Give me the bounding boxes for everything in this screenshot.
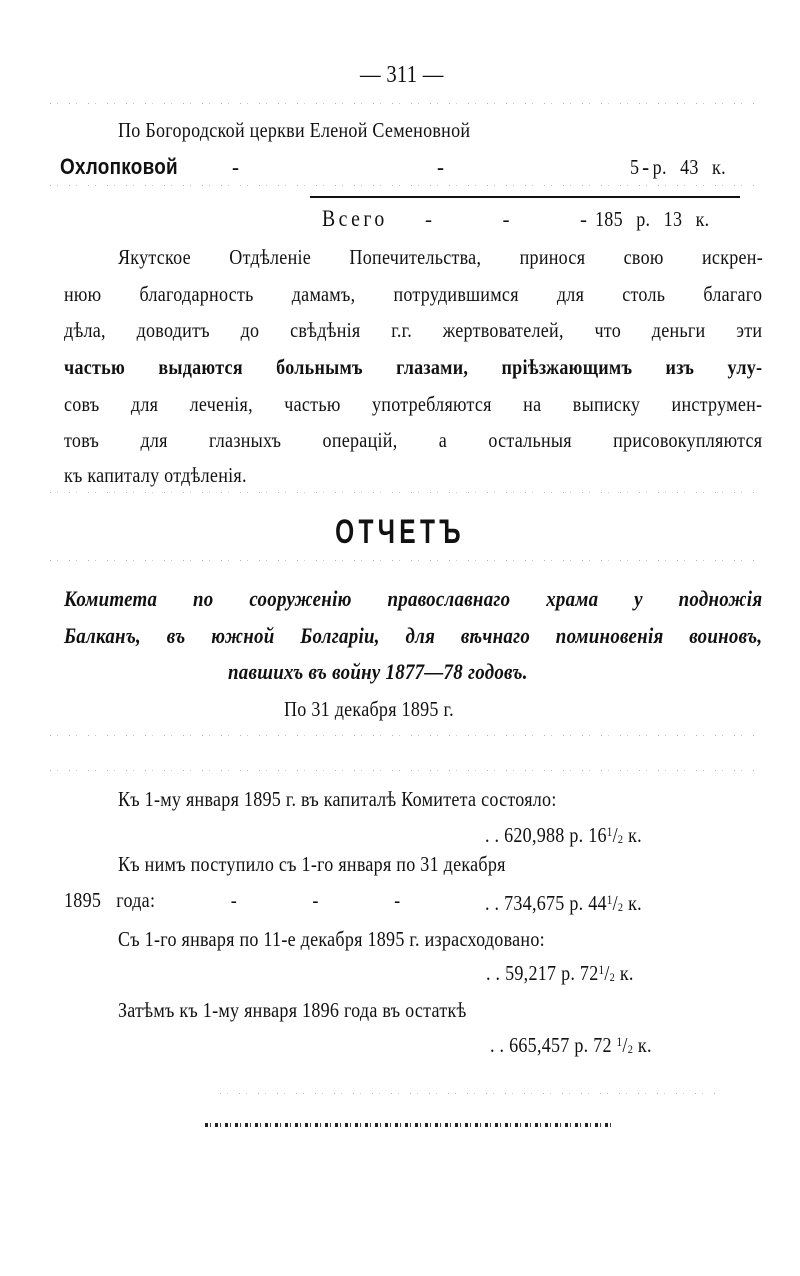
report-entry-text: Затѣмъ къ 1-му января 1896 года въ остат…: [118, 998, 467, 1022]
document-page: — 311 — По Богородской церкви Еленой Сем…: [0, 0, 800, 1276]
paragraph-line: Якутское Отдѣленіе Попечительства, прино…: [118, 245, 763, 269]
report-entry-text: Къ 1-му января 1895 г. въ капиталѣ Комит…: [118, 787, 557, 811]
sum-rule: [310, 196, 740, 198]
scan-noise: [50, 770, 760, 771]
report-entry-text: Съ 1-го января по 11-е декабря 1895 г. и…: [118, 927, 545, 951]
report-entry-text: Къ нимъ поступило съ 1-го января по 31 д…: [118, 852, 506, 876]
unit: к.: [638, 1033, 652, 1057]
paragraph-line: нюю благодарность дамамъ, потрудившимся …: [64, 282, 762, 306]
report-subtitle-line: Балканъ, въ южной Болгаріи, для вѣчнаго …: [64, 624, 762, 648]
fraction-numerator: 1: [607, 892, 613, 907]
scan-noise: [50, 735, 760, 736]
unit: к.: [620, 961, 634, 985]
report-subtitle-line: Комитета по сооруженію православнаго хра…: [64, 587, 762, 611]
fraction-denominator: 2: [610, 970, 615, 984]
report-entry-amount: . . 734,675 р. 441/2 к.: [485, 888, 642, 919]
scan-noise: [50, 492, 760, 493]
paragraph-line: товъ для глазныхъ операцій, а остальныя …: [64, 428, 762, 452]
report-date: По 31 декабря 1895 г.: [284, 697, 454, 721]
page-number: — 311 —: [360, 63, 444, 87]
scan-noise: [50, 185, 760, 186]
paragraph-line: дѣла, доводитъ до свѣдѣнія г.г. жертвова…: [64, 318, 762, 342]
donation-amount: 5 р. 43 к.: [630, 155, 726, 179]
report-entry-amount: . . 665,457 р. 72 1/2 к.: [490, 1030, 652, 1061]
scan-noise: [50, 103, 760, 104]
amount-value: . . 665,457 р. 72: [490, 1033, 617, 1057]
report-entry-prefix: 1895 года: - - -: [64, 888, 400, 912]
paragraph-line: совъ для леченія, частью употребляются н…: [64, 392, 762, 416]
amount-value: . . 734,675 р. 44: [485, 891, 607, 915]
unit: к.: [628, 891, 642, 915]
report-subtitle-line: павшихъ въ войну 1877—78 годовъ.: [228, 660, 528, 684]
total-amount: 185 р. 13 к.: [595, 207, 709, 231]
total-label: Всего: [322, 207, 388, 231]
fraction-denominator: 2: [628, 1042, 633, 1056]
fraction-denominator: 2: [618, 900, 623, 914]
scan-noise: [220, 1093, 720, 1094]
amount-value: . . 620,988 р. 16: [485, 823, 607, 847]
fraction-numerator: 1: [607, 824, 613, 839]
report-title: ОТЧЕТЪ: [292, 513, 508, 552]
decorative-ornament: [205, 1123, 615, 1127]
fraction-denominator: 2: [618, 832, 623, 846]
report-entry-amount: . . 620,988 р. 161/2 к.: [485, 820, 642, 851]
total-dashes: - - -: [425, 207, 587, 231]
unit: к.: [628, 823, 642, 847]
fraction-numerator: 1: [598, 962, 604, 977]
report-entry-amount: . . 59,217 р. 721/2 к.: [486, 958, 634, 989]
fraction-numerator: 1: [617, 1034, 623, 1049]
donation-line: По Богородской церкви Еленой Семеновной: [118, 118, 470, 142]
scan-noise: [50, 560, 760, 561]
amount-value: . . 59,217 р. 72: [486, 961, 598, 985]
paragraph-line: къ капиталу отдѣленія.: [64, 463, 247, 487]
donor-name: Охлопковой: [60, 155, 178, 179]
paragraph-line: частью выдаются больнымъ глазами, пріѣзж…: [64, 355, 762, 379]
